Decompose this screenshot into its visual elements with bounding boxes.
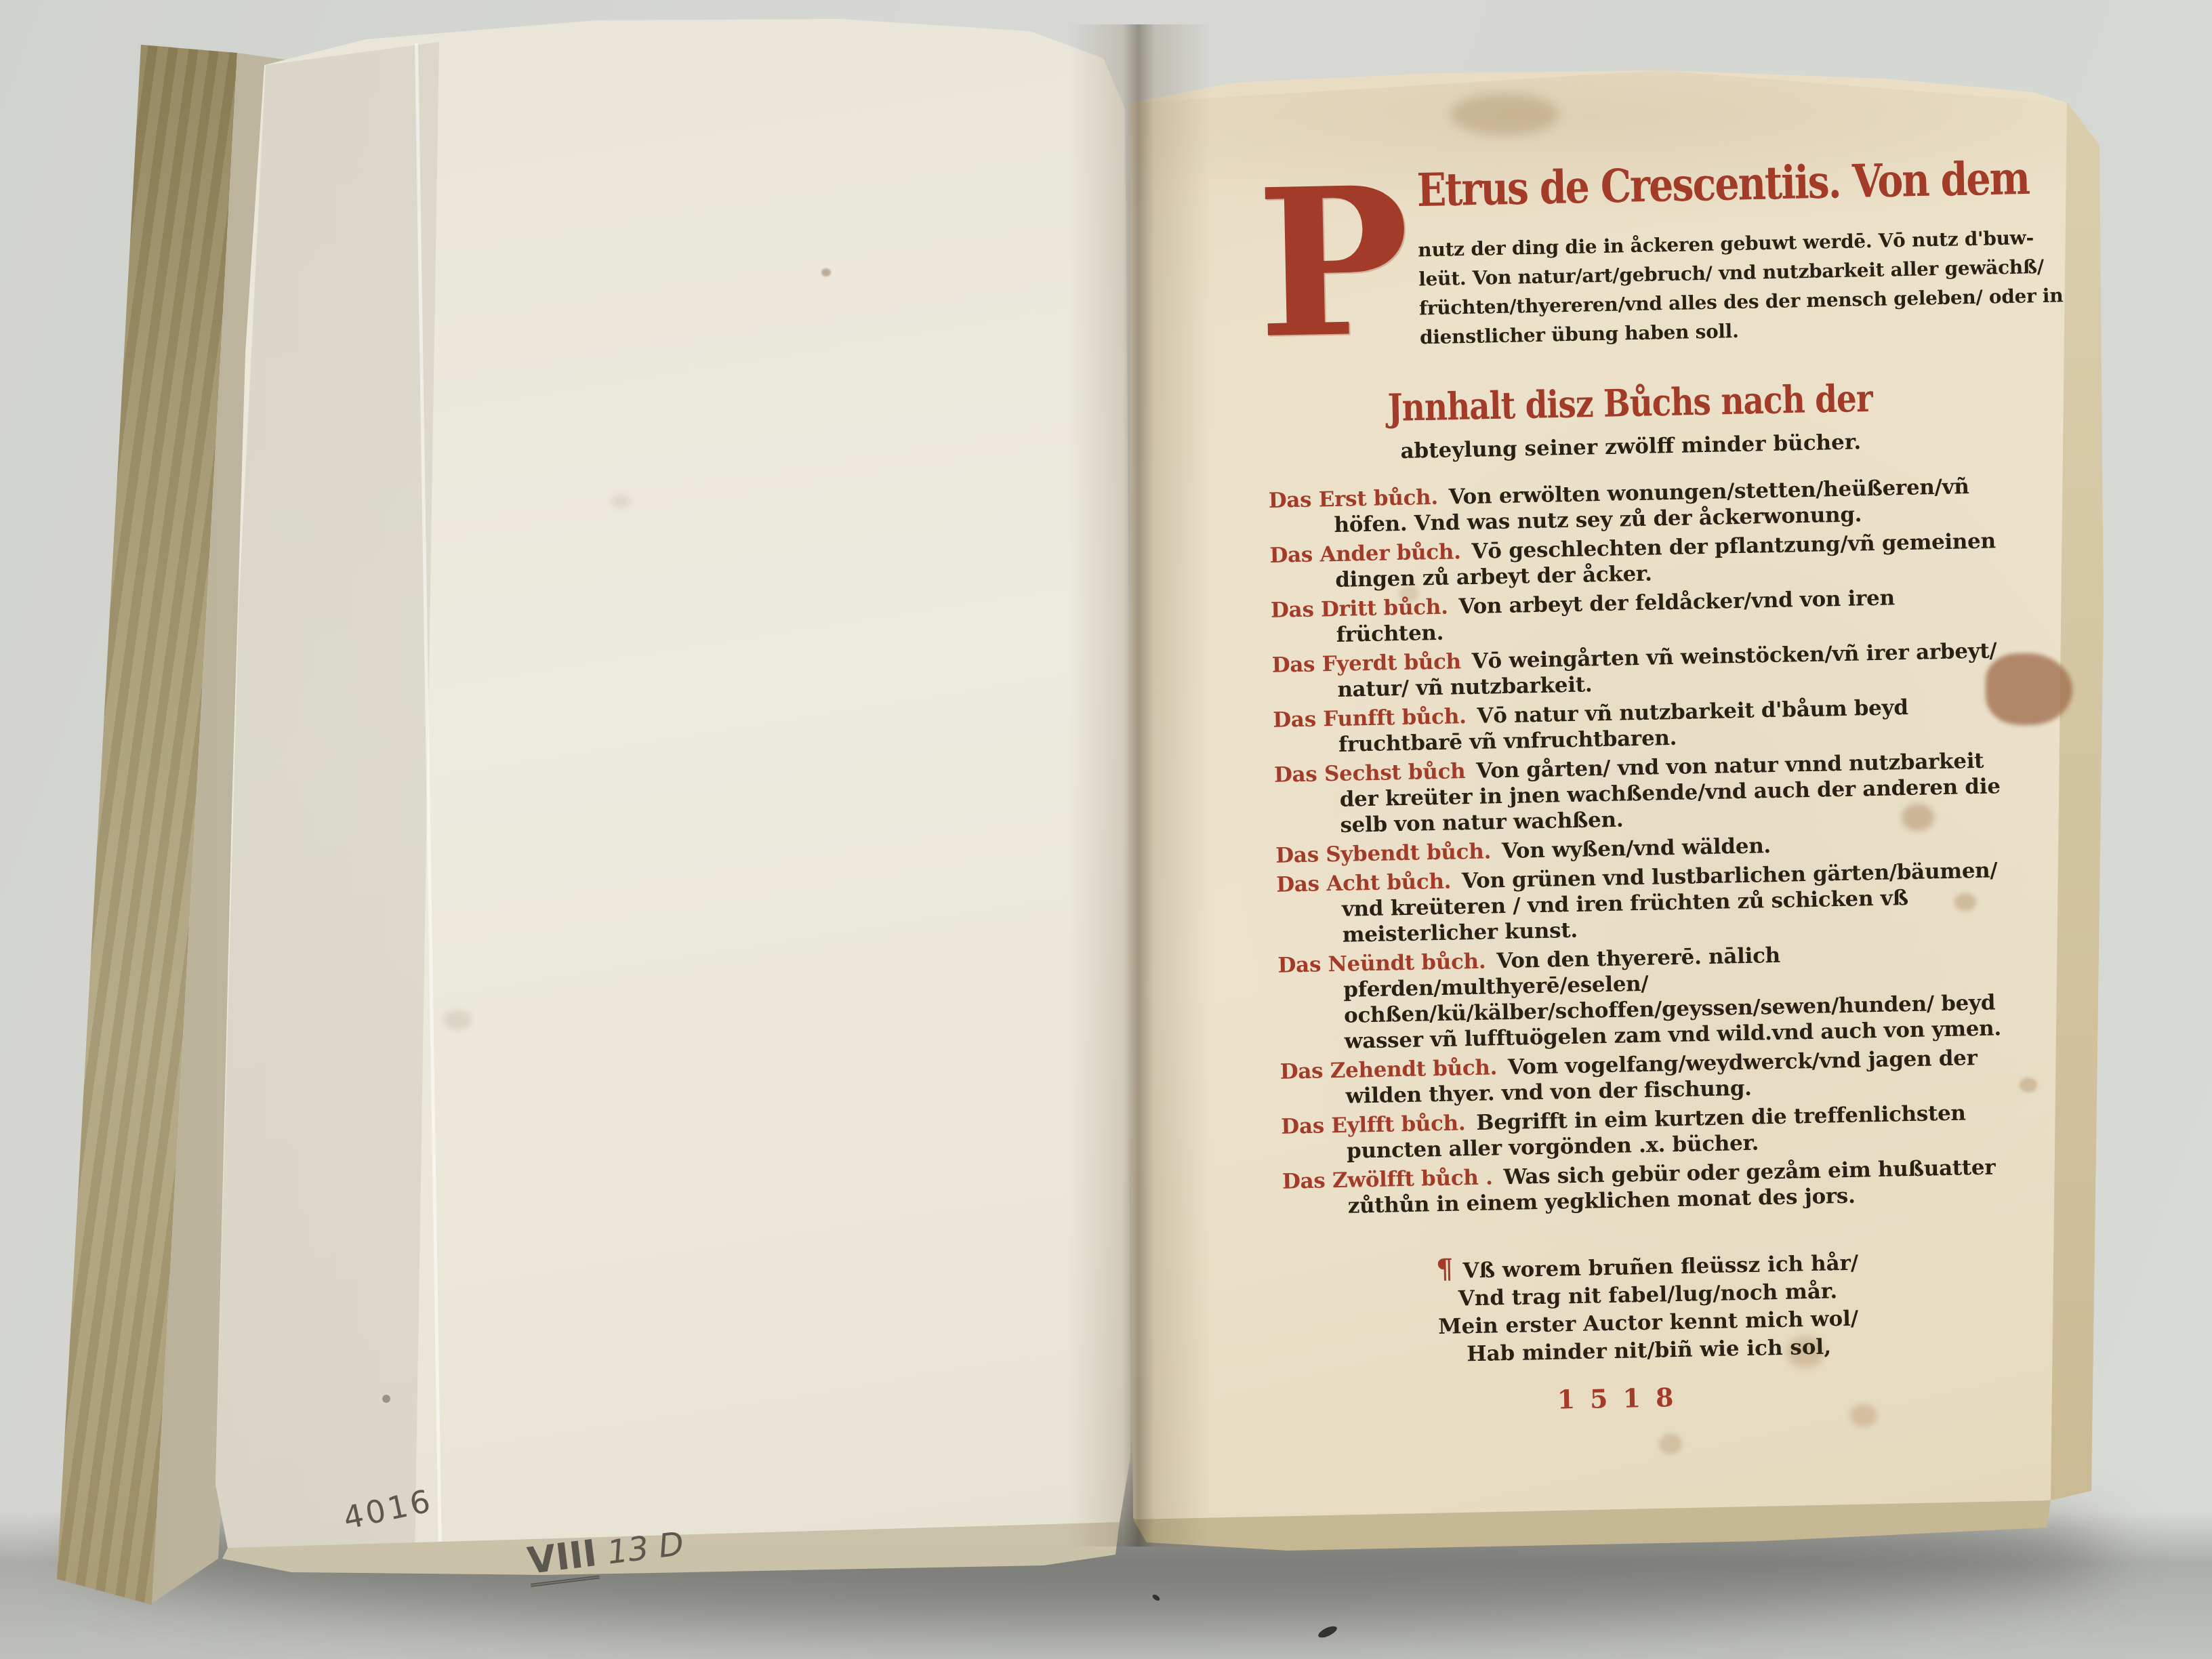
toc-entry: Das Zwölfft bůch .Was sich gebür oder ge… (1282, 1154, 2009, 1220)
toc-entry-label: Das Sybendt bůch. (1275, 839, 1502, 868)
toc-entry: Das Ander bůch.Vō geschlechten der pflan… (1269, 528, 1996, 594)
toc-entry-label: Das Fyerdt bůch (1271, 649, 1472, 678)
toc-entry-label: Das Zehendt bůch. (1279, 1055, 1508, 1084)
toc-entry: Das Dritt bůch.Von arbeyt der feldåcker/… (1271, 583, 1998, 649)
photo-of-open-book: P Etrus de Crescentiis. Von dem nutz der… (0, 0, 2212, 1659)
toc-entry-label: Das Erst bůch. (1268, 485, 1449, 513)
printer-verse: ¶Vß worem bruñen fleüssz ich hår/ Vnd tr… (1284, 1244, 2012, 1372)
toc-entry: Das Erst bůch.Von erwölten wonungen/stet… (1268, 473, 1995, 539)
toc-entry: Das Zehendt bůch.Vom vogelfang/weydwerck… (1279, 1044, 2007, 1110)
toc-entry: Das Funfft bůch.Vō natur vñ nutzbarkeit … (1273, 693, 2000, 758)
toc-entry-label: Das Funfft bůch. (1273, 704, 1477, 733)
decorated-initial: P (1255, 160, 1412, 366)
shelfmark-roman-numeral: VIII (525, 1532, 600, 1587)
toc-entry-label: Das Sechst bůch (1274, 759, 1477, 787)
toc-entry-label: Das Acht bůch. (1276, 869, 1462, 897)
toc-entry-text: Von wyßen/vnd wälden. (1502, 834, 1771, 863)
toc-entry: Das Neündt bůch.Von den thyererē. nālich… (1277, 938, 2006, 1055)
toc-entry-label: Das Neündt bůch. (1277, 949, 1496, 977)
toc-entry-label: Das Ander bůch. (1269, 539, 1472, 568)
toc-entry: Das Acht bůch.Von grünen vnd lustbarlich… (1276, 857, 2004, 949)
title-line-red: Etrus de Crescentiis. Von dem (1416, 155, 1990, 235)
pilcrow-mark: ¶ (1435, 1252, 1462, 1285)
table-of-contents: Das Erst bůch.Von erwölten wonungen/stet… (1268, 473, 2009, 1220)
toc-entry-label: Das Zwölfft bůch . (1282, 1165, 1504, 1194)
toc-entry-label: Das Eylfft bůch. (1281, 1111, 1477, 1139)
gutter-shadow (1068, 24, 1212, 1547)
toc-entry: Das Fyerdt bůchVō weingårten vñ weinstöc… (1271, 638, 1999, 703)
toc-entry: Das Eylfft bůch.Begrifft in eim kurtzen … (1281, 1099, 2008, 1165)
title-page-text: P Etrus de Crescentiis. Von dem nutz der… (1262, 155, 2013, 1420)
toc-entry-label: Das Dritt bůch. (1271, 594, 1459, 623)
title-block: P Etrus de Crescentiis. Von dem nutz der… (1262, 155, 1992, 354)
toc-entry: Das Sechst bůchVon gårten/ vnd von natur… (1274, 747, 2002, 839)
